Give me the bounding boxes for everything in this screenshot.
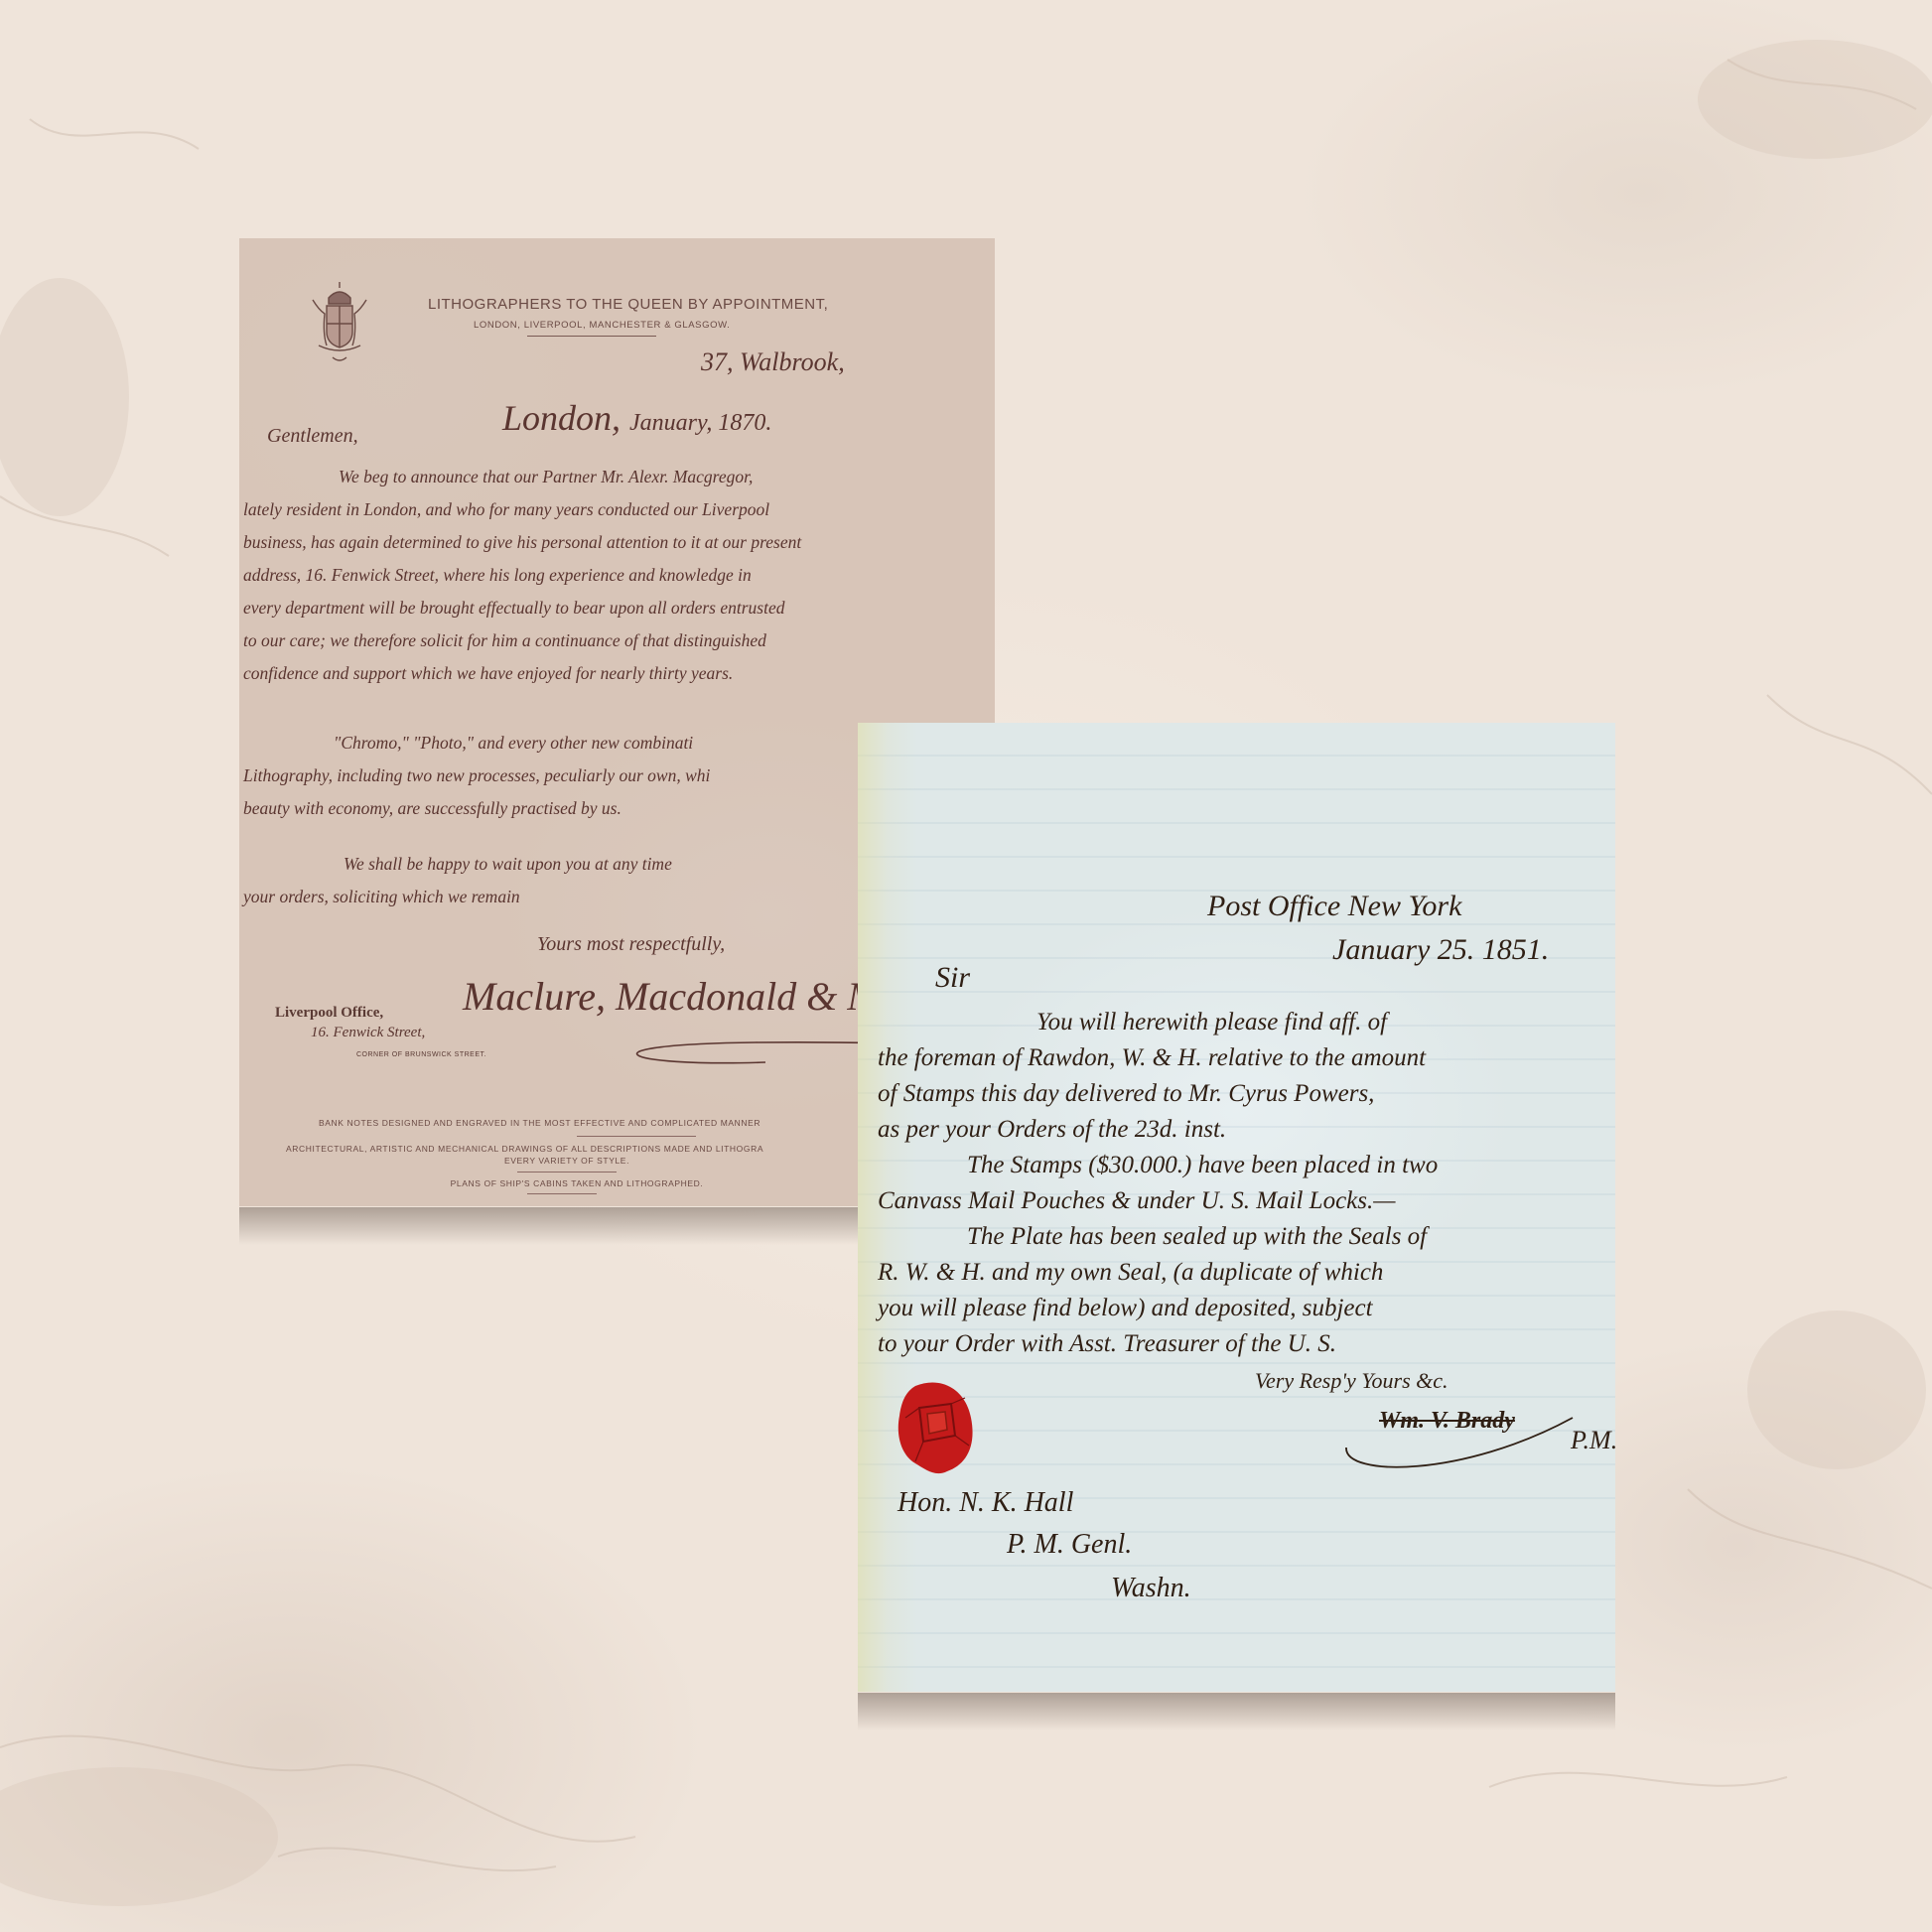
footer-rule — [577, 1136, 696, 1137]
body-line: business, has again determined to give h… — [243, 532, 801, 553]
body-line: to your Order with Asst. Treasurer of th… — [878, 1330, 1336, 1358]
footer-line: every variety of Style. — [239, 1156, 895, 1166]
body-line: your orders, soliciting which we remain — [243, 887, 520, 907]
letterhead-cities: LONDON, LIVERPOOL, MANCHESTER & GLASGOW. — [474, 320, 730, 331]
heading-place: Post Office New York — [1207, 890, 1461, 923]
post-office-letter-1851: Post Office New York January 25. 1851. S… — [858, 723, 1615, 1692]
body-line: every department will be brought effectu… — [243, 598, 784, 619]
right-letter-shadow — [858, 1693, 1615, 1730]
street-address: 37, Walbrook, — [701, 347, 845, 377]
heading-date: January 25. 1851. — [1332, 933, 1549, 967]
addressee-city: Washn. — [1111, 1573, 1191, 1604]
body-line: lately resident in London, and who for m… — [243, 499, 769, 520]
body-line: to our care; we therefore solicit for hi… — [243, 630, 766, 651]
body-line: We shall be happy to wait upon you at an… — [344, 854, 672, 875]
body-line: you will please find below) and deposite… — [878, 1295, 1373, 1322]
body-line: address, 16. Fenwick Street, where his l… — [243, 565, 752, 586]
liverpool-office-street: 16. Fenwick Street, — [311, 1025, 425, 1041]
liverpool-office-corner: CORNER OF BRUNSWICK STREET. — [356, 1051, 486, 1058]
body-line: Lithography, including two new processes… — [243, 765, 710, 786]
body-line: confidence and support which we have enj… — [243, 663, 733, 684]
closing: Very Resp'y Yours &c. — [1255, 1368, 1449, 1394]
body-line: We beg to announce that our Partner Mr. … — [339, 467, 753, 487]
left-letter-shadow — [239, 1207, 875, 1245]
red-wax-seal-icon — [896, 1378, 975, 1477]
footer-rule — [527, 1193, 597, 1194]
body-line: as per your Orders of the 23d. inst. — [878, 1116, 1226, 1144]
body-line: The Plate has been sealed up with the Se… — [967, 1223, 1427, 1251]
footer-rule — [517, 1172, 617, 1173]
body-line: Canvass Mail Pouches & under U. S. Mail … — [878, 1187, 1395, 1215]
letterhead-rule — [527, 336, 656, 337]
footer-line: Plans of Ship's Cabins taken and Lithogr… — [239, 1178, 914, 1188]
body-line: You will herewith please find aff. of — [1036, 1009, 1387, 1036]
body-line: beauty with economy, are successfully pr… — [243, 798, 621, 819]
place-date: London, January, 1870. — [502, 397, 771, 439]
addressee-name: Hon. N. K. Hall — [897, 1487, 1073, 1519]
body-line: R. W. & H. and my own Seal, (a duplicate… — [878, 1259, 1383, 1287]
date: January, 1870. — [629, 410, 771, 436]
body-line: of Stamps this day delivered to Mr. Cyru… — [878, 1080, 1374, 1108]
salutation: Sir — [935, 961, 970, 995]
royal-crest-icon — [307, 280, 372, 367]
firm-signature: Maclure, Macdonald & Ma — [463, 973, 900, 1020]
liverpool-office-label: Liverpool Office, — [275, 1005, 383, 1022]
body-line: "Chromo," "Photo," and every other new c… — [334, 733, 693, 754]
salutation: Gentlemen, — [267, 425, 358, 448]
addressee-title: P. M. Genl. — [1007, 1529, 1132, 1561]
place: London, — [502, 398, 621, 438]
body-line: the foreman of Rawdon, W. & H. relative … — [878, 1044, 1426, 1072]
body-line: The Stamps ($30.000.) have been placed i… — [967, 1152, 1438, 1179]
letterhead-title: LITHOGRAPHERS TO THE QUEEN BY APPOINTMEN… — [428, 296, 828, 313]
signature-flourish — [1344, 1408, 1583, 1477]
closing: Yours most respectfully, — [537, 933, 725, 956]
